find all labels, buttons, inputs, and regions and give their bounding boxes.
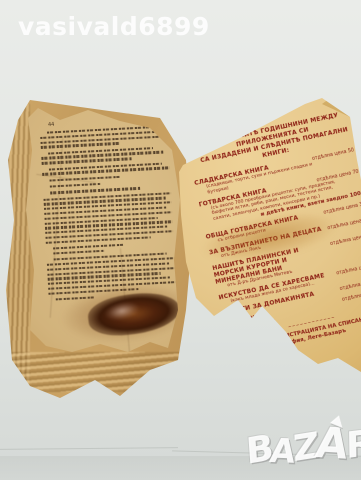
listing-photo: 44 ВЪ ИЗТ <box>0 0 361 480</box>
table-seam-left <box>0 447 178 450</box>
seller-username-watermark: vasivald6899 <box>18 12 210 41</box>
bazar-logo-watermark: B A Z A R <box>245 421 361 469</box>
logo-letter: R <box>345 426 361 465</box>
page-stack-left-edge <box>4 104 30 384</box>
page-number: 44 <box>48 122 55 128</box>
page-stack-bottom-edge <box>10 352 180 392</box>
book-right-page-advert: ВЪ ИЗТЕКЛИТѢ ГОДИШНИНИ МЕЖДУ ПРИЛОЖЕНИЯТ… <box>170 88 361 380</box>
